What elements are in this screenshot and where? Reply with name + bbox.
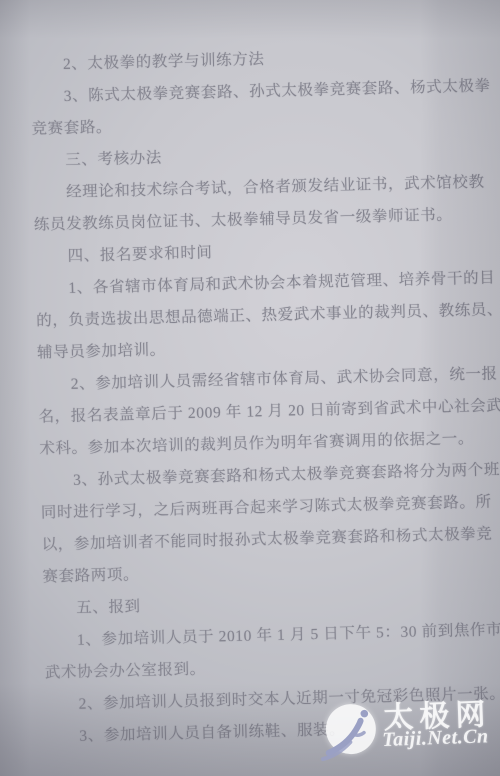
- document-body: 2、太极拳的教学与训练方法3、陈式太极拳竞赛套路、孙式太极拳竞赛套路、杨式太极拳…: [0, 38, 500, 754]
- document-photo: 2、太极拳的教学与训练方法3、陈式太极拳竞赛套路、孙式太极拳竞赛套路、杨式太极拳…: [0, 0, 500, 776]
